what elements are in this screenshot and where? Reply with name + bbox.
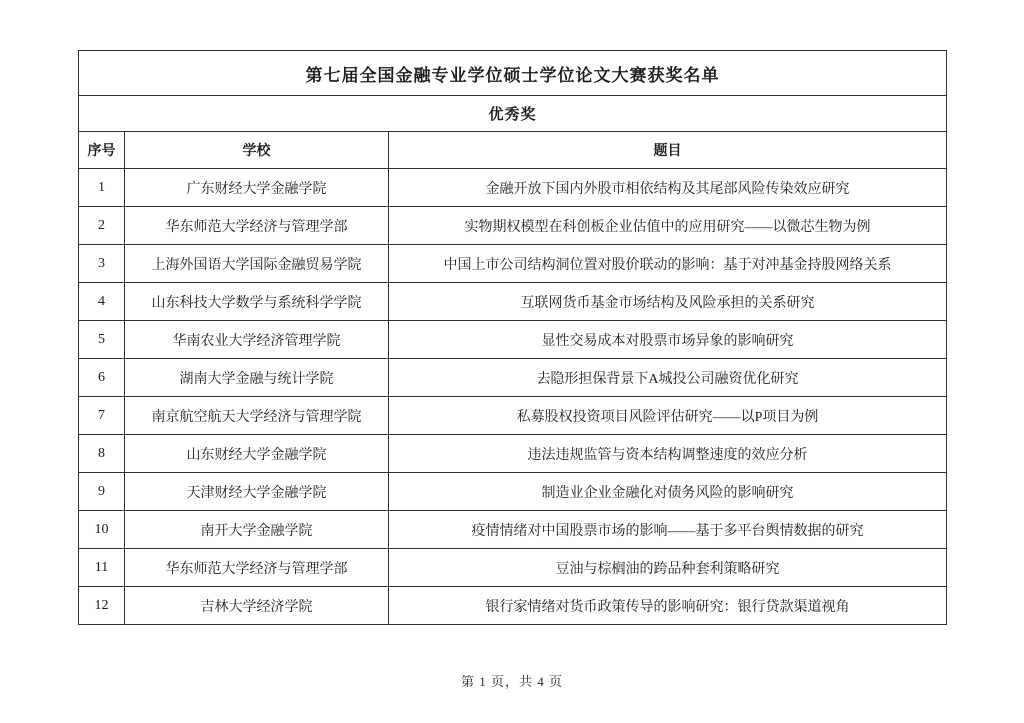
table-row: 5华南农业大学经济管理学院显性交易成本对股票市场异象的影响研究 bbox=[79, 321, 947, 359]
thesis-title-cell: 去隐形担保背景下A城投公司融资优化研究 bbox=[389, 359, 947, 397]
award-category-label: 优秀奖 bbox=[79, 96, 947, 132]
table-head: 第七届全国金融专业学位硕士学位论文大赛获奖名单 优秀奖 序号 学校 题目 bbox=[79, 51, 947, 169]
row-number-cell: 10 bbox=[79, 511, 125, 549]
document-page: { "document": { "title": "第七届全国金融专业学位硕士学… bbox=[0, 0, 1024, 723]
thesis-title-cell: 中国上市公司结构洞位置对股价联动的影响：基于对冲基金持股网络关系 bbox=[389, 245, 947, 283]
column-header-title: 题目 bbox=[389, 132, 947, 169]
award-category-row: 优秀奖 bbox=[79, 96, 947, 132]
school-cell: 上海外国语大学国际金融贸易学院 bbox=[125, 245, 389, 283]
table-row: 8山东财经大学金融学院违法违规监管与资本结构调整速度的效应分析 bbox=[79, 435, 947, 473]
row-number-cell: 9 bbox=[79, 473, 125, 511]
row-number-cell: 2 bbox=[79, 207, 125, 245]
thesis-title-cell: 银行家情绪对货币政策传导的影响研究：银行贷款渠道视角 bbox=[389, 587, 947, 625]
table-row: 3上海外国语大学国际金融贸易学院中国上市公司结构洞位置对股价联动的影响：基于对冲… bbox=[79, 245, 947, 283]
thesis-title-cell: 金融开放下国内外股市相依结构及其尾部风险传染效应研究 bbox=[389, 169, 947, 207]
thesis-title-cell: 疫情情绪对中国股票市场的影响——基于多平台舆情数据的研究 bbox=[389, 511, 947, 549]
thesis-title-cell: 豆油与棕榈油的跨品种套利策略研究 bbox=[389, 549, 947, 587]
column-header-school: 学校 bbox=[125, 132, 389, 169]
row-number-cell: 6 bbox=[79, 359, 125, 397]
page-number: 第 1 页，共 4 页 bbox=[0, 671, 1024, 690]
school-cell: 华南农业大学经济管理学院 bbox=[125, 321, 389, 359]
document-title: 第七届全国金融专业学位硕士学位论文大赛获奖名单 bbox=[79, 51, 947, 96]
row-number-cell: 4 bbox=[79, 283, 125, 321]
thesis-title-cell: 私募股权投资项目风险评估研究——以P项目为例 bbox=[389, 397, 947, 435]
document-title-row: 第七届全国金融专业学位硕士学位论文大赛获奖名单 bbox=[79, 51, 947, 96]
school-cell: 华东师范大学经济与管理学部 bbox=[125, 549, 389, 587]
thesis-title-cell: 互联网货币基金市场结构及风险承担的关系研究 bbox=[389, 283, 947, 321]
table-row: 6湖南大学金融与统计学院去隐形担保背景下A城投公司融资优化研究 bbox=[79, 359, 947, 397]
school-cell: 山东科技大学数学与系统科学学院 bbox=[125, 283, 389, 321]
table-row: 2华东师范大学经济与管理学部实物期权模型在科创板企业估值中的应用研究——以微芯生… bbox=[79, 207, 947, 245]
row-number-cell: 12 bbox=[79, 587, 125, 625]
table-row: 11华东师范大学经济与管理学部豆油与棕榈油的跨品种套利策略研究 bbox=[79, 549, 947, 587]
row-number-cell: 5 bbox=[79, 321, 125, 359]
table-row: 1广东财经大学金融学院金融开放下国内外股市相依结构及其尾部风险传染效应研究 bbox=[79, 169, 947, 207]
row-number-cell: 7 bbox=[79, 397, 125, 435]
column-header-no: 序号 bbox=[79, 132, 125, 169]
school-cell: 山东财经大学金融学院 bbox=[125, 435, 389, 473]
table-row: 12吉林大学经济学院银行家情绪对货币政策传导的影响研究：银行贷款渠道视角 bbox=[79, 587, 947, 625]
award-table: 第七届全国金融专业学位硕士学位论文大赛获奖名单 优秀奖 序号 学校 题目 1广东… bbox=[78, 50, 947, 625]
row-number-cell: 1 bbox=[79, 169, 125, 207]
school-cell: 华东师范大学经济与管理学部 bbox=[125, 207, 389, 245]
table-row: 9天津财经大学金融学院制造业企业金融化对债务风险的影响研究 bbox=[79, 473, 947, 511]
row-number-cell: 11 bbox=[79, 549, 125, 587]
school-cell: 南京航空航天大学经济与管理学院 bbox=[125, 397, 389, 435]
row-number-cell: 8 bbox=[79, 435, 125, 473]
table-row: 4山东科技大学数学与系统科学学院互联网货币基金市场结构及风险承担的关系研究 bbox=[79, 283, 947, 321]
thesis-title-cell: 制造业企业金融化对债务风险的影响研究 bbox=[389, 473, 947, 511]
table-body: 1广东财经大学金融学院金融开放下国内外股市相依结构及其尾部风险传染效应研究2华东… bbox=[79, 169, 947, 625]
school-cell: 吉林大学经济学院 bbox=[125, 587, 389, 625]
row-number-cell: 3 bbox=[79, 245, 125, 283]
school-cell: 广东财经大学金融学院 bbox=[125, 169, 389, 207]
school-cell: 天津财经大学金融学院 bbox=[125, 473, 389, 511]
table-row: 7南京航空航天大学经济与管理学院私募股权投资项目风险评估研究——以P项目为例 bbox=[79, 397, 947, 435]
school-cell: 湖南大学金融与统计学院 bbox=[125, 359, 389, 397]
table-row: 10南开大学金融学院疫情情绪对中国股票市场的影响——基于多平台舆情数据的研究 bbox=[79, 511, 947, 549]
thesis-title-cell: 显性交易成本对股票市场异象的影响研究 bbox=[389, 321, 947, 359]
column-header-row: 序号 学校 题目 bbox=[79, 132, 947, 169]
thesis-title-cell: 违法违规监管与资本结构调整速度的效应分析 bbox=[389, 435, 947, 473]
thesis-title-cell: 实物期权模型在科创板企业估值中的应用研究——以微芯生物为例 bbox=[389, 207, 947, 245]
school-cell: 南开大学金融学院 bbox=[125, 511, 389, 549]
